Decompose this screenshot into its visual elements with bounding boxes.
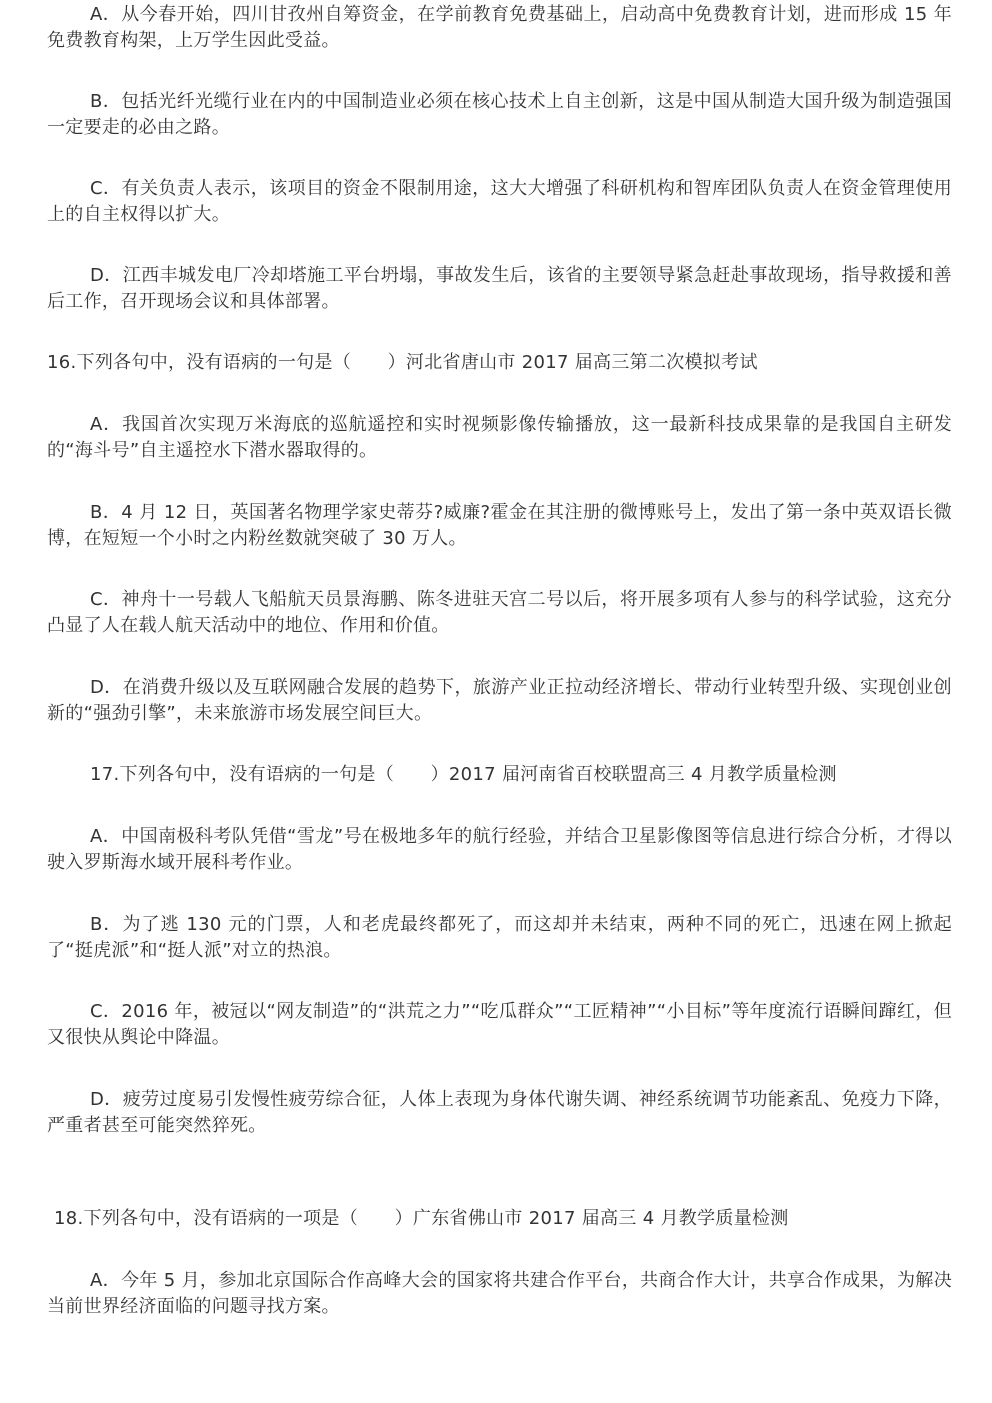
option-17-a: A．中国南极科考队凭借“雪龙”号在极地多年的航行经验，并结合卫星影像图等信息进行… [47,824,952,875]
option-16-a: A．我国首次实现万米海底的巡航遥控和实时视频影像传输播放，这一最新科技成果靠的是… [47,412,952,463]
option-17-c: C．2016 年，被冠以“网友制造”的“洪荒之力”“吃瓜群众”“工匠精神”“小目… [47,999,952,1050]
option-17-b: B．为了逃 130 元的门票，人和老虎最终都死了，而这却并未结束，两种不同的死亡… [47,912,952,963]
option-15-a: A．从今春开始，四川甘孜州自筹资金，在学前教育免费基础上，启动高中免费教育计划，… [47,2,952,53]
question-17: 17.下列各句中，没有语病的一句是（ ）2017 届河南省百校联盟高三 4 月教… [90,762,960,788]
option-17-d: D．疲劳过度易引发慢性疲劳综合征，人体上表现为身体代谢失调、神经系统调节功能紊乱… [47,1087,952,1138]
option-18-a: A．今年 5 月，参加北京国际合作高峰大会的国家将共建合作平台，共商合作大计，共… [47,1268,952,1319]
option-16-d: D．在消费升级以及互联网融合发展的趋势下，旅游产业正拉动经济增长、带动行业转型升… [47,675,952,726]
question-18: 18.下列各句中，没有语病的一项是（ ）广东省佛山市 2017 届高三 4 月教… [54,1206,959,1232]
question-16: 16.下列各句中，没有语病的一句是（ ）河北省唐山市 2017 届高三第二次模拟… [47,350,952,376]
option-16-b: B．4 月 12 日，英国著名物理学家史蒂芬?威廉?霍金在其注册的微博账号上，发… [47,500,952,551]
option-15-b: B．包括光纤光缆行业在内的中国制造业必须在核心技术上自主创新，这是中国从制造大国… [47,89,952,140]
option-15-d: D．江西丰城发电厂冷却塔施工平台坍塌，事故发生后，该省的主要领导紧急赶赴事故现场… [47,263,952,314]
option-16-c: C．神舟十一号载人飞船航天员景海鹏、陈冬进驻天宫二号以后，将开展多项有人参与的科… [47,587,952,638]
option-15-c: C．有关负责人表示，该项目的资金不限制用途，这大大增强了科研机构和智库团队负责人… [47,176,952,227]
